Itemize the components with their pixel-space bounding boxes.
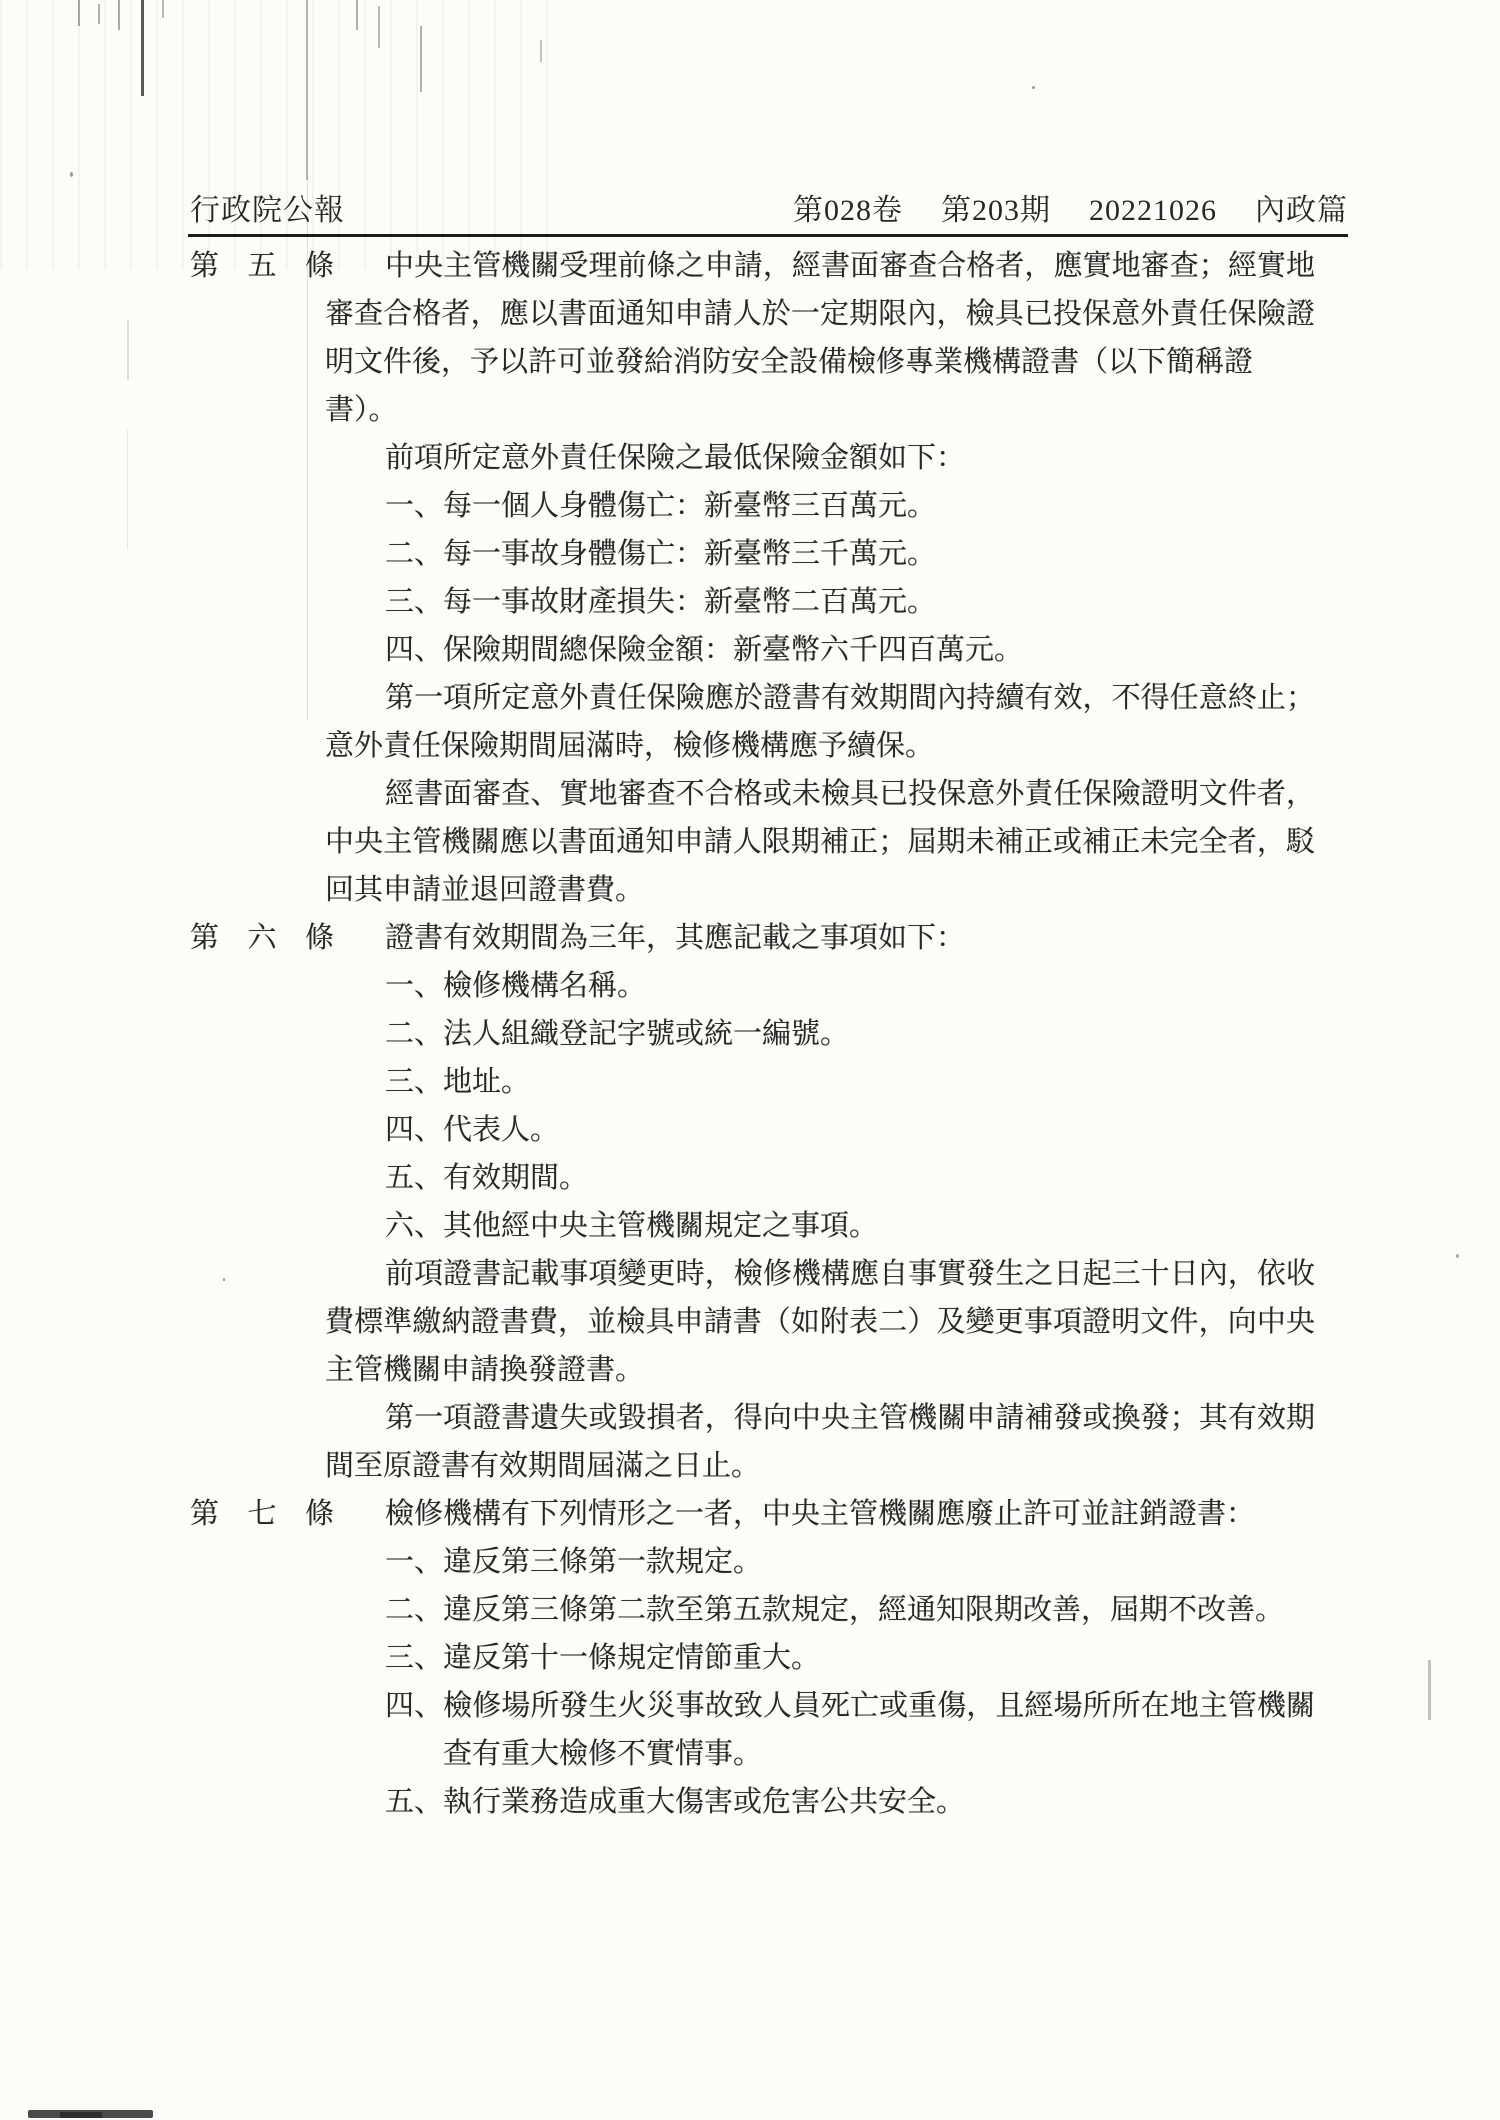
scan-artifact [141, 0, 144, 96]
text-line: 二、違反第三條第二款至第五款規定，經通知限期改善，屆期不改善。 [190, 1586, 1315, 1634]
scan-artifact [162, 0, 164, 18]
line-text: 回其申請並退回證書費。 [325, 874, 644, 906]
line-text: 一、每一個人身體傷亡：新臺幣三百萬元。 [385, 490, 936, 522]
document-page: 行政院公報 第028卷 第203期 20221026 內政篇 第五條中央主管機關… [0, 0, 1500, 2120]
scan-artifact [306, 0, 308, 180]
scan-artifact [1032, 86, 1035, 89]
line-text: 五、執行業務造成重大傷害或危害公共安全。 [385, 1786, 965, 1818]
article-number: 第六條 [190, 914, 363, 962]
line-text: 中央主管機關受理前條之申請，經書面審查合格者，應實地審查；經實地 [385, 250, 1315, 282]
scan-artifact [118, 0, 120, 30]
line-text: 三、地址。 [385, 1066, 530, 1098]
text-line: 查有重大檢修不實情事。 [190, 1730, 1315, 1778]
line-text: 中央主管機關應以書面通知申請人限期補正；屆期未補正或補正未完全者，駁 [325, 826, 1315, 858]
line-text: 證書有效期間為三年，其應記載之事項如下： [385, 922, 965, 954]
line-text: 審查合格者，應以書面通知申請人於一定期限內，檢具已投保意外責任保險證 [325, 298, 1315, 330]
text-line: 三、違反第十一條規定情節重大。 [190, 1634, 1315, 1682]
scan-artifact [127, 320, 129, 380]
line-text: 費標準繳納證書費，並檢具申請書（如附表二）及變更事項證明文件，向中央 [325, 1306, 1315, 1338]
gazette-title: 行政院公報 [190, 194, 345, 228]
line-text: 書）。 [325, 394, 398, 426]
text-line: 前項證書記載事項變更時，檢修機構應自事實發生之日起三十日內，依收 [190, 1250, 1315, 1298]
scan-artifact [127, 430, 128, 550]
text-line: 明文件後，予以許可並發給消防安全設備檢修專業機構證書（以下簡稱證 [190, 338, 1315, 386]
text-line: 四、代表人。 [190, 1106, 1315, 1154]
line-text: 意外責任保險期間屆滿時，檢修機構應予續保。 [325, 730, 934, 762]
text-line: 一、違反第三條第一款規定。 [190, 1538, 1315, 1586]
text-line: 前項所定意外責任保險之最低保險金額如下： [190, 434, 1315, 482]
document-body: 第五條中央主管機關受理前條之申請，經書面審查合格者，應實地審查；經實地審查合格者… [190, 242, 1315, 1826]
text-line: 經書面審查、實地審查不合格或未檢具已投保意外責任保險證明文件者， [190, 770, 1315, 818]
line-text: 一、檢修機構名稱。 [385, 970, 646, 1002]
text-line: 二、法人組織登記字號或統一編號。 [190, 1010, 1315, 1058]
text-line: 三、每一事故財產損失：新臺幣二百萬元。 [190, 578, 1315, 626]
text-line: 審查合格者，應以書面通知申請人於一定期限內，檢具已投保意外責任保險證 [190, 290, 1315, 338]
scan-artifact [60, 2112, 102, 2118]
line-text: 前項所定意外責任保險之最低保險金額如下： [385, 442, 965, 474]
scan-noise-texture [0, 0, 560, 270]
line-text: 第一項證書遺失或毀損者，得向中央主管機關申請補發或換發；其有效期 [385, 1402, 1315, 1434]
text-line: 第五條中央主管機關受理前條之申請，經書面審查合格者，應實地審查；經實地 [190, 242, 1315, 290]
text-line: 五、有效期間。 [190, 1154, 1315, 1202]
article-number: 第五條 [190, 242, 363, 290]
header-meta: 第028卷 第203期 20221026 內政篇 [793, 194, 1348, 228]
line-text: 檢修機構有下列情形之一者，中央主管機關應廢止許可並註銷證書： [385, 1498, 1255, 1530]
text-line: 一、檢修機構名稱。 [190, 962, 1315, 1010]
line-text: 一、違反第三條第一款規定。 [385, 1546, 762, 1578]
issue-label: 第203期 [941, 194, 1051, 228]
line-text: 間至原證書有效期間屆滿之日止。 [325, 1450, 760, 1482]
scan-artifact [378, 6, 380, 48]
line-text: 四、保險期間總保險金額：新臺幣六千四百萬元。 [385, 634, 1023, 666]
scan-artifact [98, 4, 100, 24]
text-line: 一、每一個人身體傷亡：新臺幣三百萬元。 [190, 482, 1315, 530]
scan-artifact [78, 0, 80, 26]
line-text: 三、每一事故財產損失：新臺幣二百萬元。 [385, 586, 936, 618]
text-line: 四、檢修場所發生火災事故致人員死亡或重傷，且經場所所在地主管機關 [190, 1682, 1315, 1730]
text-line: 間至原證書有效期間屆滿之日止。 [190, 1442, 1315, 1490]
line-text: 二、法人組織登記字號或統一編號。 [385, 1018, 849, 1050]
text-line: 費標準繳納證書費，並檢具申請書（如附表二）及變更事項證明文件，向中央 [190, 1298, 1315, 1346]
text-line: 二、每一事故身體傷亡：新臺幣三千萬元。 [190, 530, 1315, 578]
page-header: 行政院公報 第028卷 第203期 20221026 內政篇 [190, 194, 1348, 228]
text-line: 書）。 [190, 386, 1315, 434]
line-text: 經書面審查、實地審查不合格或未檢具已投保意外責任保險證明文件者， [385, 778, 1315, 810]
date-label: 20221026 [1089, 194, 1217, 228]
text-line: 回其申請並退回證書費。 [190, 866, 1315, 914]
volume-label: 第028卷 [793, 194, 903, 228]
line-text: 二、違反第三條第二款至第五款規定，經通知限期改善，屆期不改善。 [385, 1594, 1284, 1626]
text-line: 第一項所定意外責任保險應於證書有效期間內持續有效，不得任意終止； [190, 674, 1315, 722]
text-line: 意外責任保險期間屆滿時，檢修機構應予續保。 [190, 722, 1315, 770]
text-line: 四、保險期間總保險金額：新臺幣六千四百萬元。 [190, 626, 1315, 674]
header-rule [188, 234, 1348, 237]
text-line: 第一項證書遺失或毀損者，得向中央主管機關申請補發或換發；其有效期 [190, 1394, 1315, 1442]
line-text: 三、違反第十一條規定情節重大。 [385, 1642, 820, 1674]
text-line: 三、地址。 [190, 1058, 1315, 1106]
text-line: 六、其他經中央主管機關規定之事項。 [190, 1202, 1315, 1250]
line-text: 前項證書記載事項變更時，檢修機構應自事實發生之日起三十日內，依收 [385, 1258, 1315, 1290]
line-text: 查有重大檢修不實情事。 [443, 1738, 762, 1770]
line-text: 四、代表人。 [385, 1114, 559, 1146]
scan-artifact [356, 0, 358, 30]
line-text: 明文件後，予以許可並發給消防安全設備檢修專業機構證書（以下簡稱證 [325, 346, 1253, 378]
text-line: 五、執行業務造成重大傷害或危害公共安全。 [190, 1778, 1315, 1826]
text-line: 第七條檢修機構有下列情形之一者，中央主管機關應廢止許可並註銷證書： [190, 1490, 1315, 1538]
scan-artifact [70, 172, 73, 177]
text-line: 第六條證書有效期間為三年，其應記載之事項如下： [190, 914, 1315, 962]
article-number: 第七條 [190, 1490, 363, 1538]
scan-artifact [1428, 1660, 1431, 1720]
text-line: 主管機關申請換發證書。 [190, 1346, 1315, 1394]
line-text: 主管機關申請換發證書。 [325, 1354, 644, 1386]
scan-artifact [540, 40, 542, 62]
line-text: 二、每一事故身體傷亡：新臺幣三千萬元。 [385, 538, 936, 570]
section-label: 內政篇 [1255, 194, 1348, 228]
line-text: 五、有效期間。 [385, 1162, 588, 1194]
text-line: 中央主管機關應以書面通知申請人限期補正；屆期未補正或補正未完全者，駁 [190, 818, 1315, 866]
line-text: 第一項所定意外責任保險應於證書有效期間內持續有效，不得任意終止； [385, 682, 1315, 714]
line-text: 四、檢修場所發生火災事故致人員死亡或重傷，且經場所所在地主管機關 [385, 1690, 1315, 1722]
line-text: 六、其他經中央主管機關規定之事項。 [385, 1210, 878, 1242]
scan-artifact [1456, 1254, 1459, 1258]
scan-artifact [420, 26, 422, 92]
